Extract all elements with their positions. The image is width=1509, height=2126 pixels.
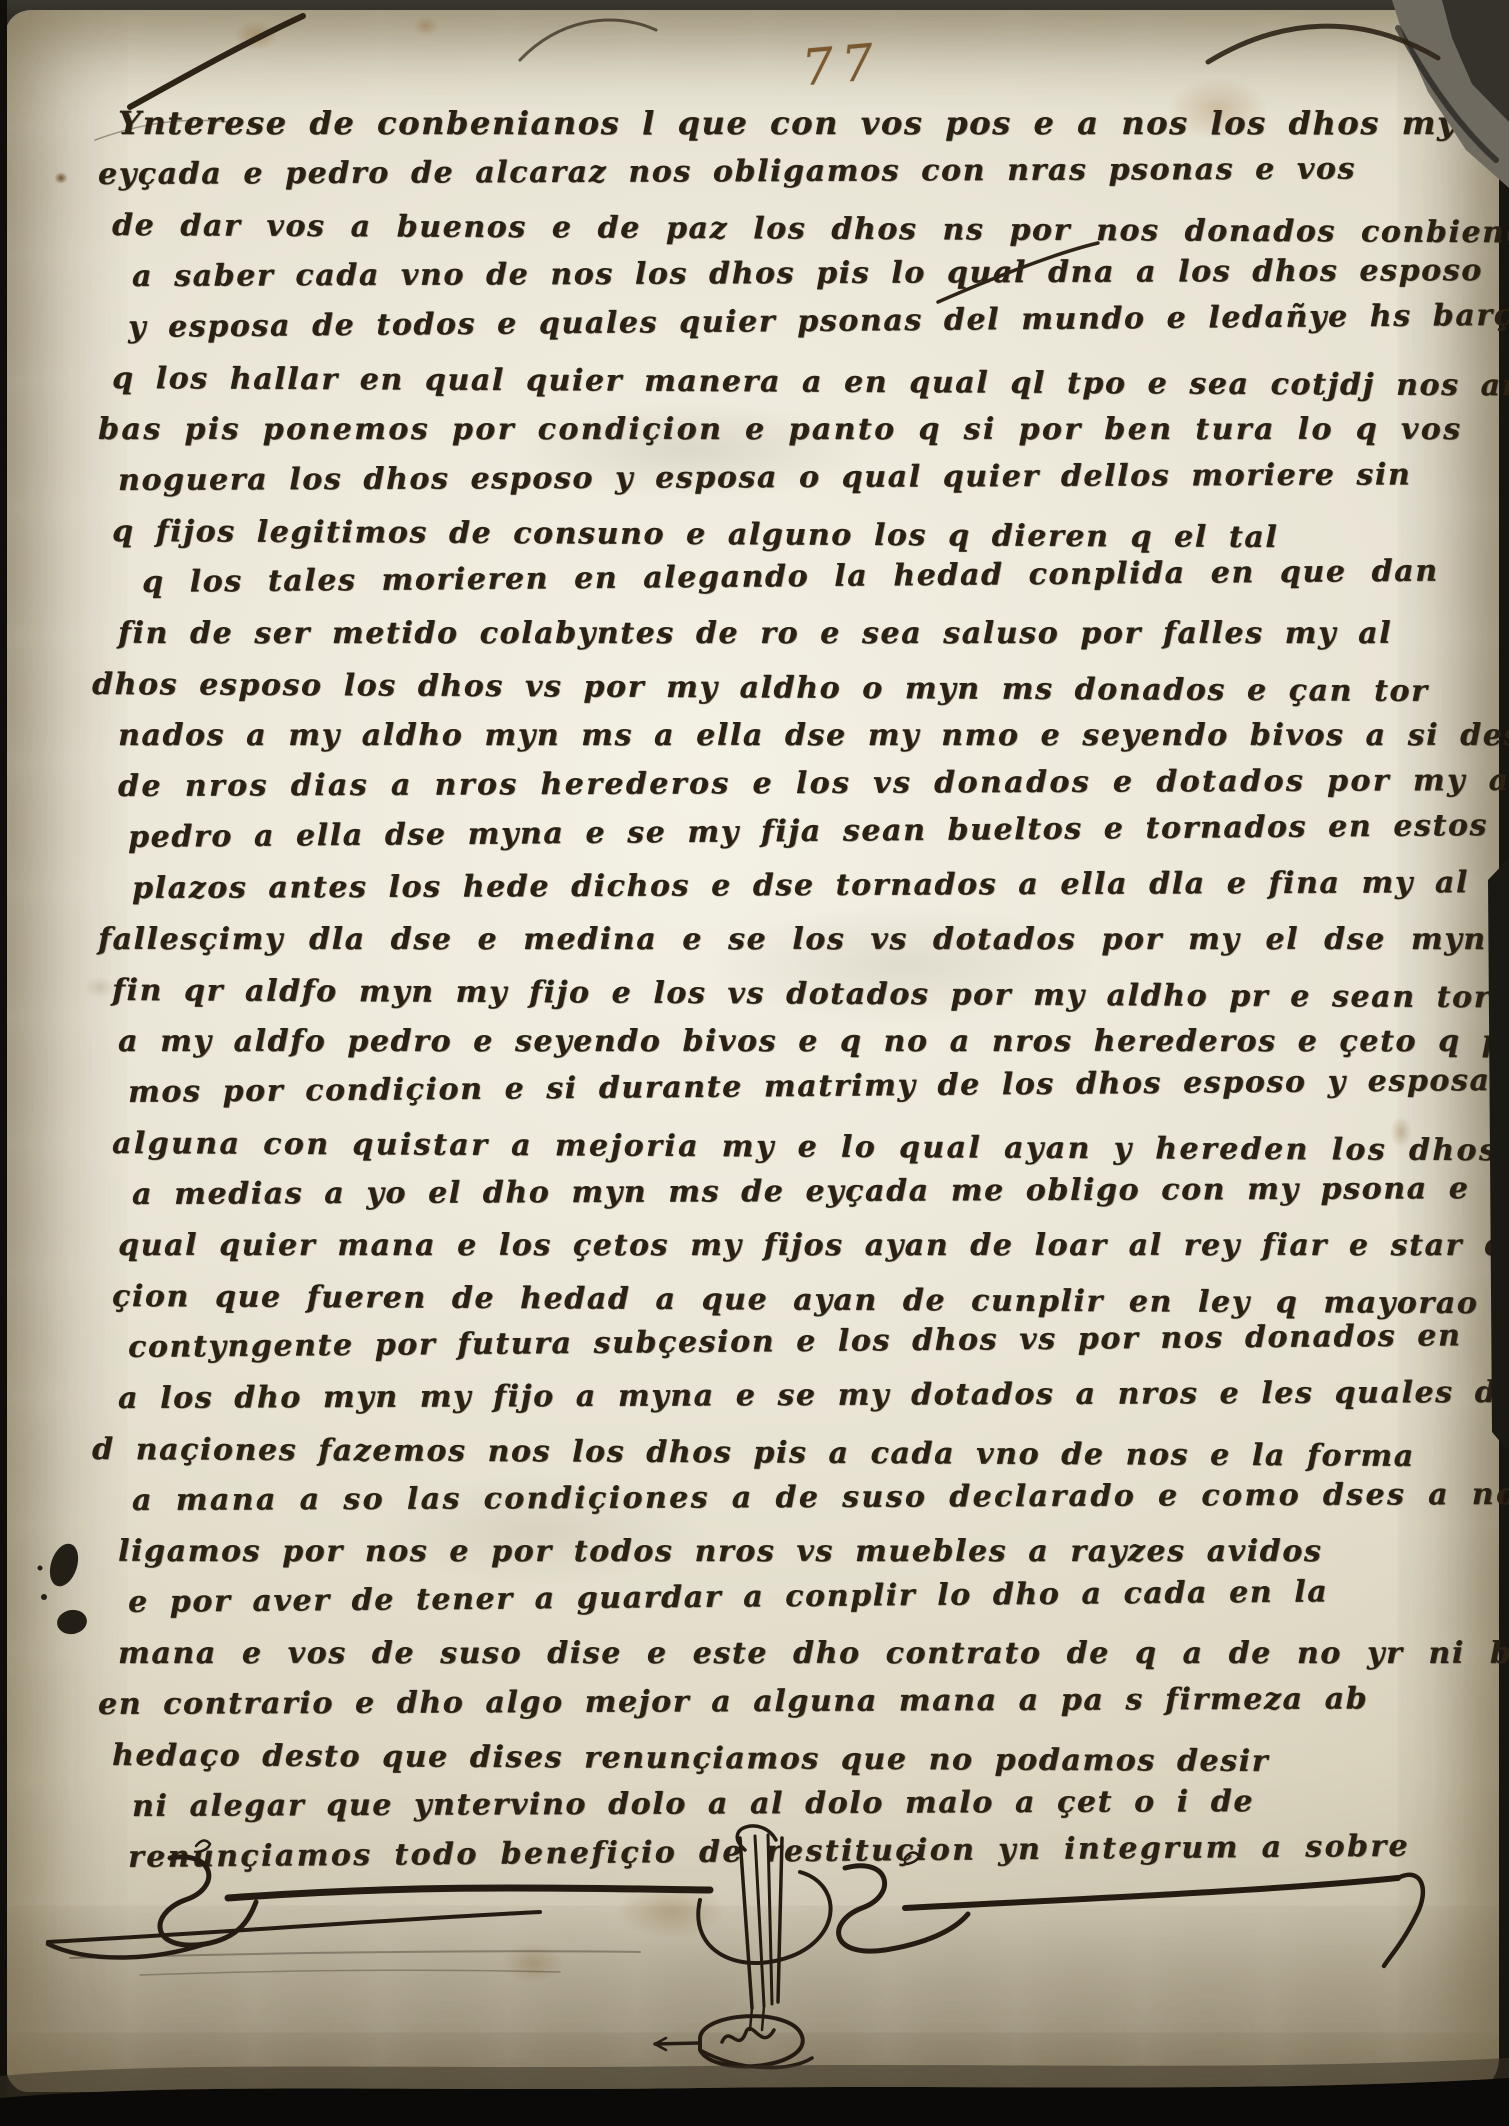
manuscript-line: dhos esposo los dhos vs por my aldho o m…: [92, 659, 1445, 717]
manuscript-line: a mana a so las condiçiones a de suso de…: [132, 1469, 1451, 1526]
manuscript-line: noguera los dhos esposo y esposa o qual …: [118, 449, 1451, 506]
folio-number: 77: [800, 33, 884, 98]
manuscript-line: qual quier mana e los çetos my fijos aya…: [118, 1220, 1451, 1271]
manuscript-line: q los hallar en qual quier manera a en q…: [112, 353, 1445, 411]
manuscript-line: contyngente por futura subçesion e los d…: [128, 1310, 1461, 1373]
manuscript-line: fallesçimy dla dse e medina e se los vs …: [98, 914, 1451, 965]
manuscript-line: y esposa de todos e quales quier psonas …: [128, 290, 1461, 353]
manuscript-line: nados a my aldho myn ms a ella dse my nm…: [118, 710, 1451, 761]
manuscript-line: fin de ser metido colabyntes de ro e sea…: [118, 608, 1451, 659]
manuscript-line: q los tales morieren en alegando la heda…: [142, 545, 1461, 608]
manuscript-line: Ynterese de conbenianos l que con vos po…: [118, 98, 1451, 149]
manuscript-line: mana e vos de suso dise e este dho contr…: [118, 1628, 1451, 1679]
manuscript-line: pedro a ella dse myna e se my fija sean …: [128, 800, 1461, 863]
manuscript-line: mos por condiçion e si durante matrimy d…: [128, 1055, 1461, 1118]
manuscript-text-block: Ynterese de conbenianos l que con vos po…: [118, 98, 1451, 1883]
manuscript-line: plazos antes los hede dichos e dse torna…: [132, 857, 1451, 914]
manuscript-line: renunçiamos todo benefiçio de restituçio…: [128, 1820, 1461, 1883]
manuscript-scan: 77 Ynterese de conbenianos l que con vos…: [0, 0, 1509, 2126]
manuscript-line: bas pis ponemos por condiçion e panto q …: [98, 404, 1451, 455]
manuscript-line: eyçada e pedro de alcaraz nos obligamos …: [98, 143, 1451, 200]
manuscript-line: fin qr aldfo myn my fijo e los vs dotado…: [112, 965, 1445, 1023]
manuscript-line: a los dho myn my fijo a myna e se my dot…: [118, 1367, 1451, 1424]
manuscript-line: e por aver de tener a guardar a conplir …: [128, 1565, 1461, 1628]
manuscript-line: a medias a yo el dho myn ms de eyçada me…: [132, 1163, 1451, 1220]
manuscript-line: en contrario e dho algo mejor a alguna m…: [98, 1673, 1451, 1730]
